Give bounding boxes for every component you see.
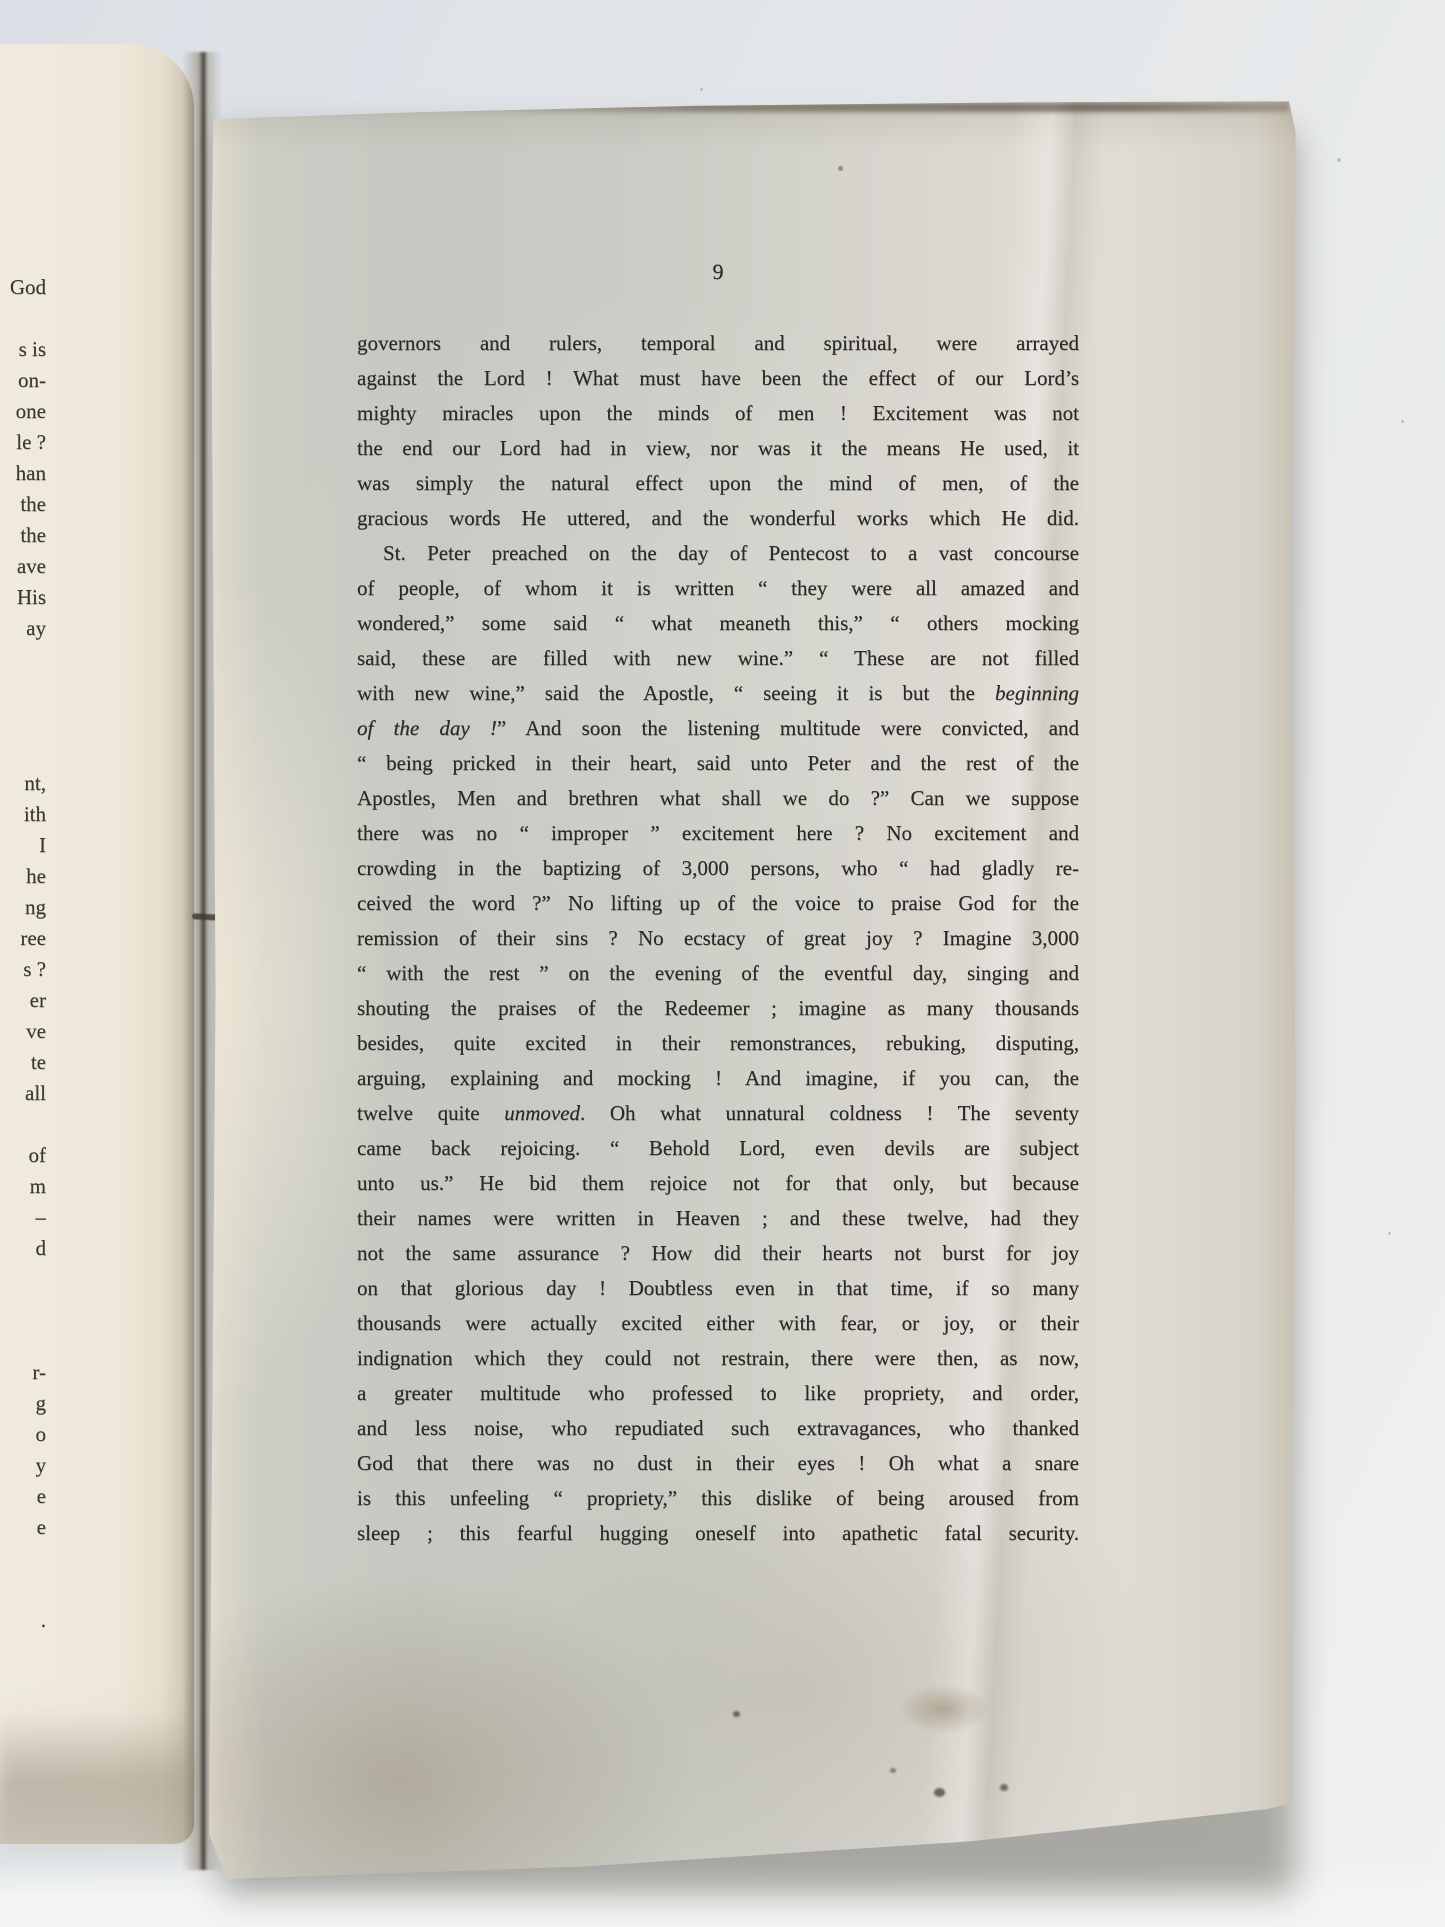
text-line: “ being pricked in their heart, said unt… (357, 746, 1079, 781)
text-line: the end our Lord had in view, nor was it… (357, 431, 1079, 466)
text-line: God that there was no dust in their eyes… (357, 1446, 1079, 1481)
text-line: unto us.” He bid them rejoice not for th… (357, 1166, 1079, 1201)
text-line: remission of their sins ? No ecstacy of … (357, 921, 1079, 956)
fragment-line: e (0, 1512, 46, 1543)
foxing-spot (733, 1711, 740, 1717)
text-line: “ with the rest ” on the evening of the … (357, 956, 1079, 991)
fragment-line (0, 1326, 46, 1357)
fragment-line: m (0, 1171, 46, 1202)
fragment-line: . (0, 1605, 46, 1636)
fragment-line: r- (0, 1357, 46, 1388)
fragment-line: I (0, 830, 46, 861)
fragment-line (0, 644, 46, 675)
fragment-line (0, 1109, 46, 1140)
text-line: on that glorious day ! Doubtless even in… (357, 1271, 1079, 1306)
photo-background: 9 governors and rulers, temporal and spi… (0, 0, 1445, 1927)
text-line: St. Peter preached on the day of Penteco… (357, 536, 1079, 571)
fragment-line: ith (0, 799, 46, 830)
text-line: mighty miracles upon the minds of men ! … (357, 396, 1079, 431)
foxing-spot (934, 1788, 945, 1797)
text-line: not the same assurance ? How did their h… (357, 1236, 1079, 1271)
text-line: arguing, explaining and mocking ! And im… (357, 1061, 1079, 1096)
fragment-line: te (0, 1047, 46, 1078)
text-line: was simply the natural effect upon the m… (357, 466, 1079, 501)
fragment-line: His (0, 582, 46, 613)
dust-speck (1337, 158, 1341, 162)
dust-speck (1401, 420, 1404, 423)
fragment-line: of (0, 1140, 46, 1171)
fragment-line: the (0, 489, 46, 520)
text-line: of people, of whom it is written “ they … (357, 571, 1079, 606)
text-line: against the Lord ! What must have been t… (357, 361, 1079, 396)
text-line: wondered,” some said “ what meaneth this… (357, 606, 1079, 641)
fragment-line: g (0, 1388, 46, 1419)
fragment-line: ay (0, 613, 46, 644)
fragment-line: ng (0, 892, 46, 923)
fragment-line: o (0, 1419, 46, 1450)
fragment-line: on- (0, 365, 46, 396)
text-line: of the day !” And soon the listening mul… (357, 711, 1079, 746)
text-line: and less noise, who repudiated such extr… (357, 1411, 1079, 1446)
fragment-line (0, 1295, 46, 1326)
fragment-line: ve (0, 1016, 46, 1047)
fragment-line (0, 1264, 46, 1295)
text-line: with new wine,” said the Apostle, “ seei… (357, 676, 1079, 711)
text-line: twelve quite unmoved. Oh what unnatural … (357, 1096, 1079, 1131)
foxing-stain (898, 1684, 990, 1734)
fragment-line: s is (0, 334, 46, 365)
text-line: governors and rulers, temporal and spiri… (357, 326, 1079, 361)
left-page-curl-shadow (0, 1712, 196, 1862)
text-line: came back rejoicing. “ Behold Lord, even… (357, 1131, 1079, 1166)
top-edge-smudge (462, 103, 1289, 112)
fragment-line: ree (0, 923, 46, 954)
foxing-spot (1000, 1784, 1008, 1791)
text-line: ceived the word ?” No lifting up of the … (357, 886, 1079, 921)
fragment-line (0, 706, 46, 737)
text-line: said, these are filled with new wine.” “… (357, 641, 1079, 676)
fragment-line: nt, (0, 768, 46, 799)
text-line: thousands were actually excited either w… (357, 1306, 1079, 1341)
text-line: there was no “ improper ” excitement her… (357, 816, 1079, 851)
foxing-spot (890, 1768, 896, 1773)
fragment-line: God (0, 272, 46, 303)
fragment-line: ave (0, 551, 46, 582)
fragment-line: er (0, 985, 46, 1016)
fragment-line: s ? (0, 954, 46, 985)
fragment-line (0, 737, 46, 768)
text-line: sleep ; this fearful hugging oneself int… (357, 1516, 1079, 1551)
fragment-line: le ? (0, 427, 46, 458)
text-line: shouting the praises of the Redeemer ; i… (357, 991, 1079, 1026)
dust-speck (1388, 1232, 1391, 1235)
text-line: Apostles, Men and brethren what shall we… (357, 781, 1079, 816)
text-line: is this unfeeling “ propriety,” this dis… (357, 1481, 1079, 1516)
text-line: a greater multitude who professed to lik… (357, 1376, 1079, 1411)
fragment-line: one (0, 396, 46, 427)
fragment-line: y (0, 1450, 46, 1481)
dust-speck (700, 88, 703, 91)
text-block: governors and rulers, temporal and spiri… (357, 326, 1079, 1551)
text-line: their names were written in Heaven ; and… (357, 1201, 1079, 1236)
fragment-line (0, 1574, 46, 1605)
fragment-line: e (0, 1481, 46, 1512)
fragment-line: he (0, 861, 46, 892)
fragment-line (0, 303, 46, 334)
text-line: gracious words He uttered, and the wonde… (357, 501, 1079, 536)
fragment-line: han (0, 458, 46, 489)
fragment-line: – (0, 1202, 46, 1233)
page-number: 9 (357, 258, 1079, 286)
fragment-line: all (0, 1078, 46, 1109)
fragment-line: the (0, 520, 46, 551)
foxing-spot (838, 166, 843, 171)
fragment-line (0, 675, 46, 706)
fragment-line (0, 1543, 46, 1574)
text-line: crowding in the baptizing of 3,000 perso… (357, 851, 1079, 886)
text-line: indignation which they could not restrai… (357, 1341, 1079, 1376)
text-line: besides, quite excited in their remonstr… (357, 1026, 1079, 1061)
fragment-line: d (0, 1233, 46, 1264)
left-page-fragments: Gods ison-onele ?hanthetheaveHisaynt,ith… (0, 272, 46, 1636)
